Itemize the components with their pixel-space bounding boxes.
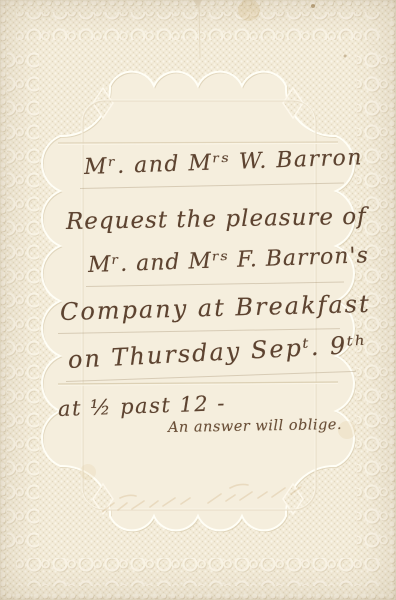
handwriting-line-guests: Mʳ. and Mʳˢ F. Barron's (88, 243, 370, 278)
invitation-text: Mʳ. and Mʳˢ W. Barron Request the pleasu… (0, 0, 396, 600)
handwriting-line-rsvp: An answer will oblige. (168, 417, 342, 436)
handwriting-line-hosts: Mʳ. and Mʳˢ W. Barron (84, 145, 364, 180)
invitation-card-photo: Mʳ. and Mʳˢ W. Barron Request the pleasu… (0, 0, 396, 600)
pencil-guide-line (80, 182, 344, 189)
handwriting-line-request: Request the pleasure of (66, 204, 367, 235)
pencil-guide-line (86, 281, 344, 287)
handwriting-line-date: on Thursday Sepᵗ. 9ᵗʰ (67, 330, 368, 374)
handwriting-line-occasion: Company at Breakfast (60, 290, 371, 326)
handwriting-line-time: at ½ past 12 - (58, 391, 227, 421)
pencil-guide-line (66, 371, 356, 382)
